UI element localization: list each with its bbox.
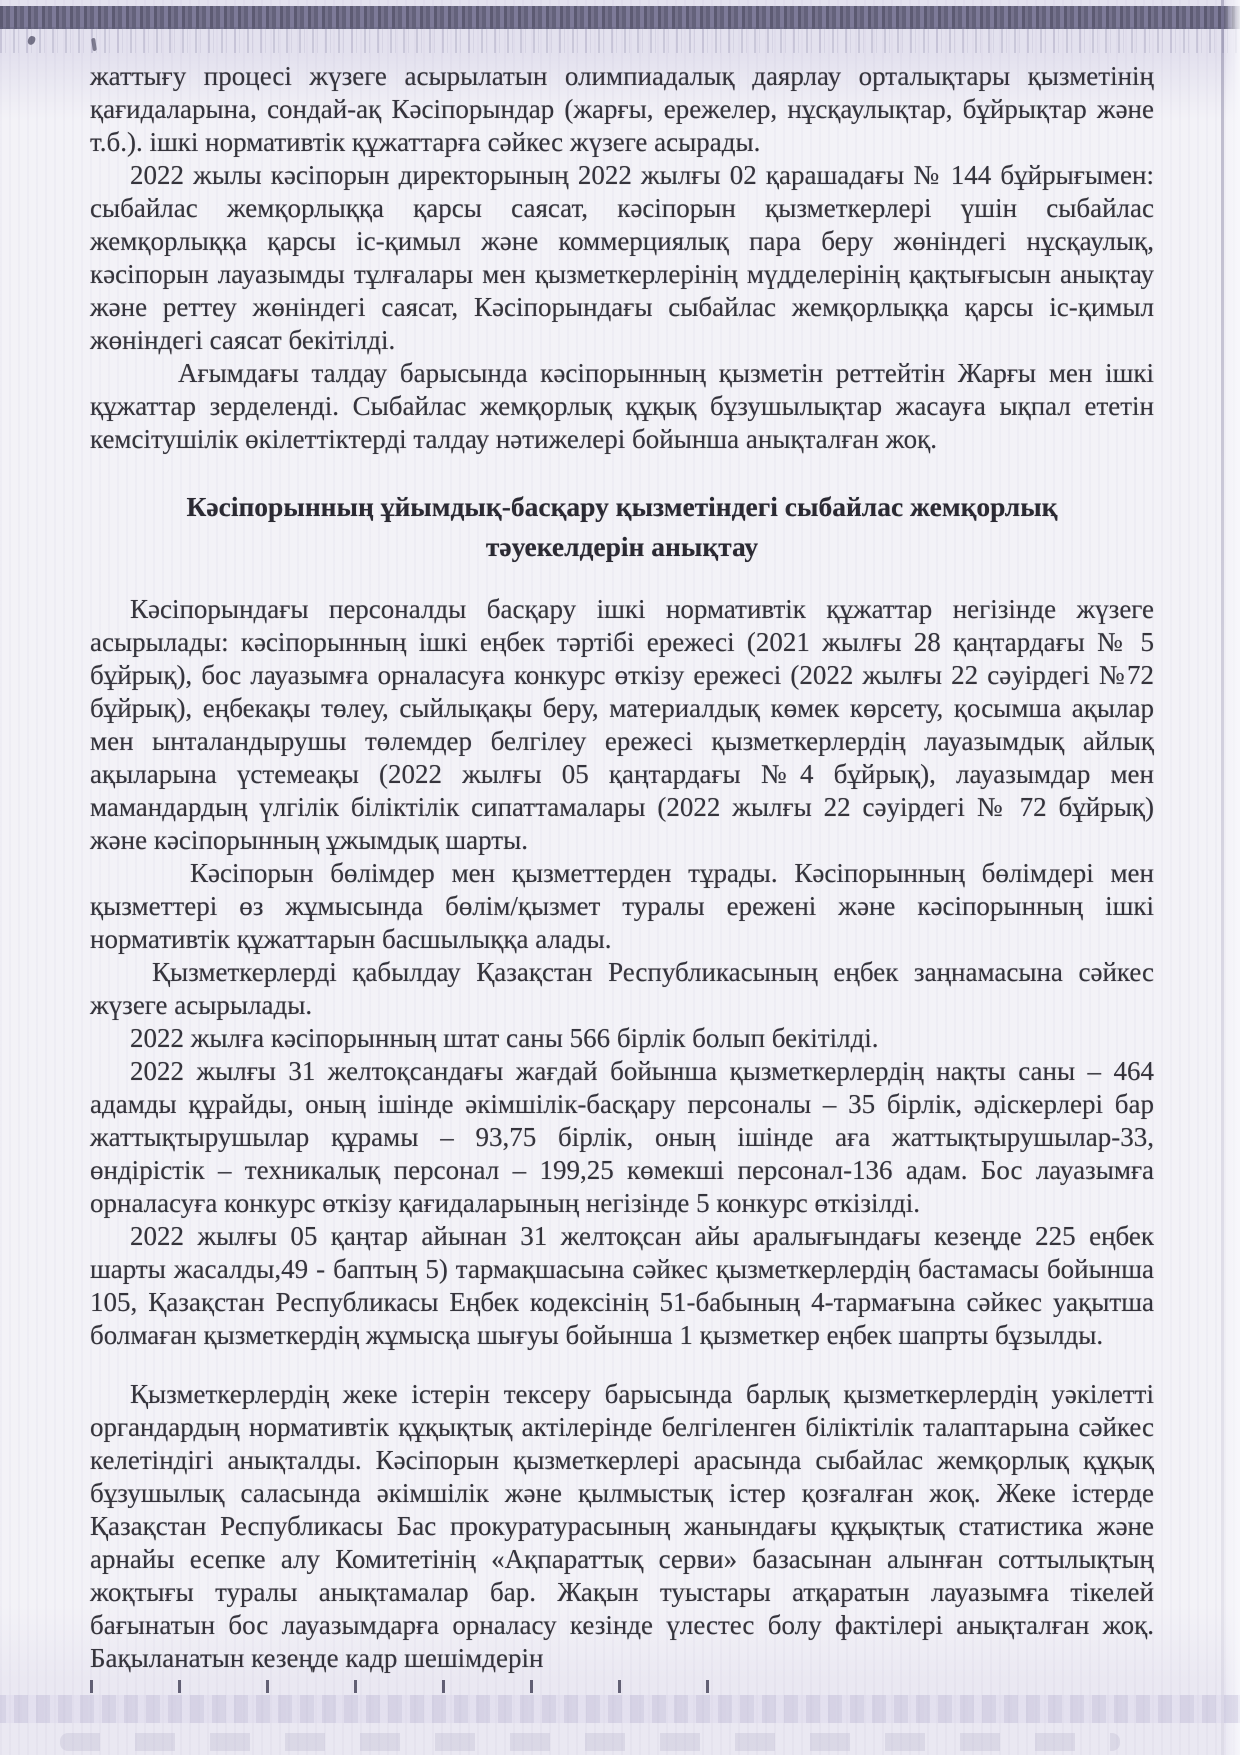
paragraph-labor-contracts: 2022 жылғы 05 қаңтар айынан 31 желтоқсан… xyxy=(90,1220,1154,1352)
paragraph-order-144: 2022 жылы кәсіпорын директорының 2022 жы… xyxy=(90,159,1154,357)
section-heading: Кәсіпорынның ұйымдық-басқару қызметіндег… xyxy=(127,487,1117,567)
scan-artifact-bottom-ghost xyxy=(60,1733,1120,1751)
scan-artifact-bottom-band xyxy=(0,1695,1240,1723)
scan-artifact-page-edge xyxy=(1221,0,1224,1755)
paragraph-personnel-management: Кәсіпорындағы персоналды басқару ішкі но… xyxy=(90,593,1154,857)
paragraph-departments: Кәсіпорын бөлімдер мен қызметтерден тұра… xyxy=(90,857,1154,956)
paragraph-staff-count: 2022 жылға кәсіпорынның штат саны 566 бі… xyxy=(90,1022,1154,1055)
scan-artifact-top-fray xyxy=(0,27,1240,53)
paragraph-current-analysis: Ағымдағы талдау барысында кәсіпорынның қ… xyxy=(90,357,1154,456)
paragraph-continuation: жаттығу процесі жүзеге асырылатын олимпи… xyxy=(90,60,1154,159)
document-text-body: жаттығу процесі жүзеге асырылатын олимпи… xyxy=(90,60,1154,1675)
paragraph-hiring: Қызметкерлерді қабылдау Қазақстан Респуб… xyxy=(90,956,1154,1022)
scan-artifact-right-margin xyxy=(1224,0,1240,1755)
paragraph-personal-files: Қызметкерлердің жеке істерін тексеру бар… xyxy=(90,1378,1154,1675)
scan-artifact-bottom-ticks xyxy=(90,1680,730,1693)
scanned-document-page: жаттығу процесі жүзеге асырылатын олимпи… xyxy=(0,0,1240,1755)
paragraph-actual-staff: 2022 жылғы 31 желтоқсандағы жағдай бойын… xyxy=(90,1055,1154,1220)
scan-artifact-top-band xyxy=(0,6,1240,29)
